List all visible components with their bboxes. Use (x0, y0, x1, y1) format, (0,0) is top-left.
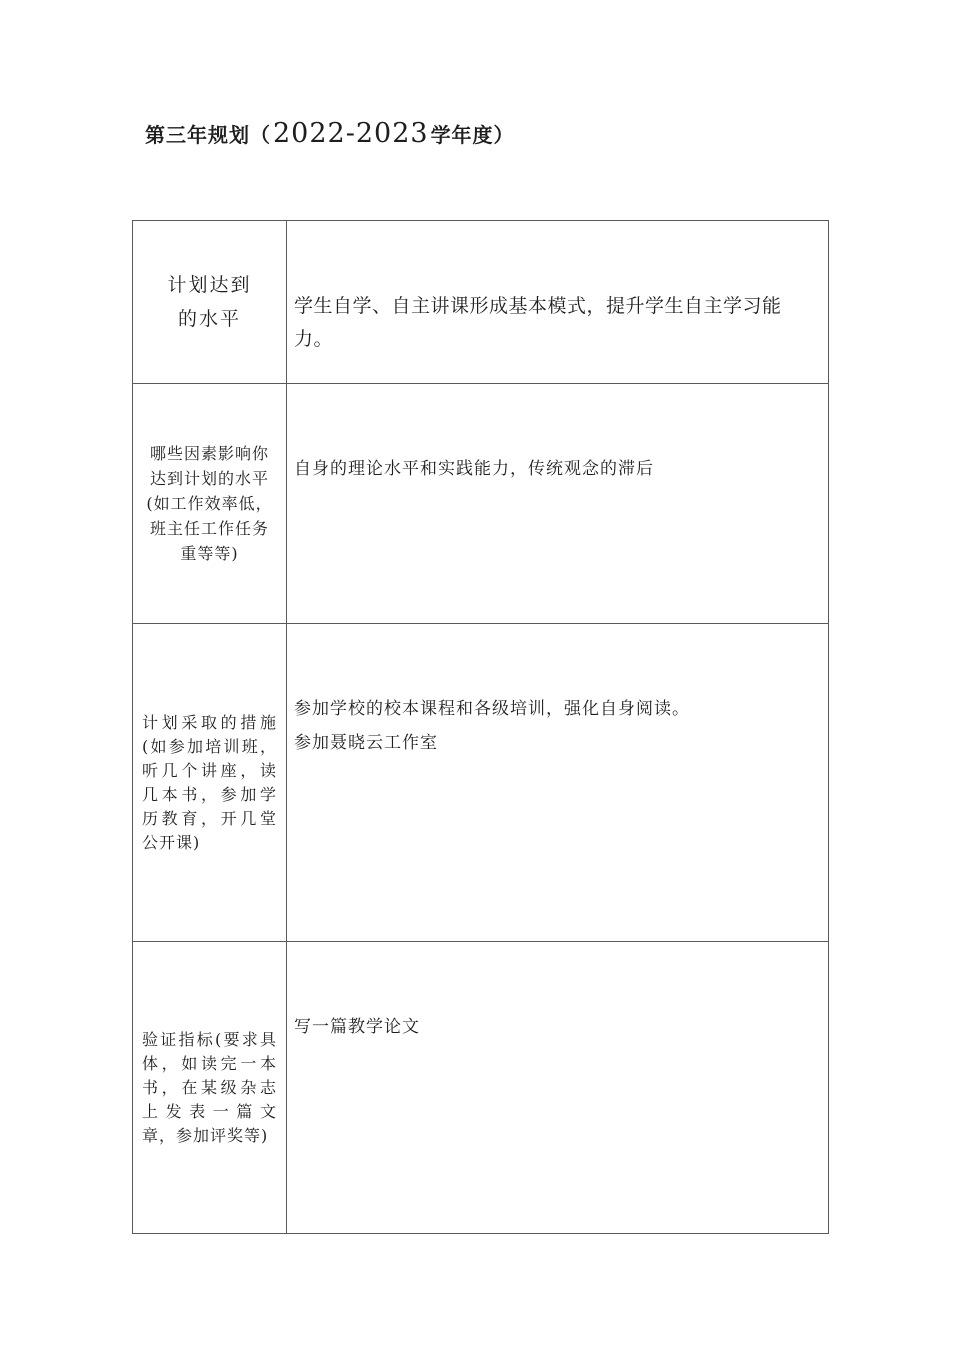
page-title-prefix: 第三年规划（ (145, 119, 271, 148)
row-content-cell: 参加学校的校本课程和各级培训，强化自身阅读。 参加聂晓云工作室 (287, 624, 829, 942)
row-content-cell: 自身的理论水平和实践能力，传统观念的滞后 (287, 384, 829, 624)
row-label-cell: 验证指标(要求具体，如读完一本书，在某级杂志上发表一篇文章，参加评奖等) (133, 942, 287, 1234)
document-page: 第三年规划（ 2022-2023 学年度） 计划达到 的水平 学生自学、自主讲课… (0, 0, 960, 1357)
row-label: 验证指标(要求具体，如读完一本书，在某级杂志上发表一篇文章，参加评奖等) (142, 1028, 277, 1148)
row-label: 哪些因素影响你达到计划的水平(如工作效率低，班主任工作任务重等等) (142, 441, 277, 566)
plan-table: 计划达到 的水平 学生自学、自主讲课形成基本模式，提升学生自主学习能力。 哪些因… (132, 220, 829, 1234)
content-paragraph: 自身的理论水平和实践能力，传统观念的滞后 (294, 453, 814, 485)
table-row-plan-level: 计划达到 的水平 学生自学、自主讲课形成基本模式，提升学生自主学习能力。 (133, 221, 829, 384)
row-content-cell: 学生自学、自主讲课形成基本模式，提升学生自主学习能力。 (287, 221, 829, 384)
row-label: 计划达到 的水平 (142, 268, 277, 336)
page-title-suffix: 学年度） (431, 119, 515, 148)
content-paragraph: 参加聂晓云工作室 (294, 727, 814, 759)
table-row-planned-measures: 计划采取的措施(如参加培训班，听几个讲座，读几本书，参加学历教育，开几堂公开课)… (133, 624, 829, 942)
page-title-years: 2022-2023 (271, 118, 431, 149)
content-paragraph: 参加学校的校本课程和各级培训，强化自身阅读。 (294, 693, 814, 725)
row-label-cell: 哪些因素影响你达到计划的水平(如工作效率低，班主任工作任务重等等) (133, 384, 287, 624)
row-label: 计划采取的措施(如参加培训班，听几个讲座，读几本书，参加学历教育，开几堂公开课) (142, 711, 277, 855)
row-label-cell: 计划达到 的水平 (133, 221, 287, 384)
table-row-verification-indicators: 验证指标(要求具体，如读完一本书，在某级杂志上发表一篇文章，参加评奖等) 写一篇… (133, 942, 829, 1234)
row-label-cell: 计划采取的措施(如参加培训班，听几个讲座，读几本书，参加学历教育，开几堂公开课) (133, 624, 287, 942)
content-paragraph: 写一篇教学论文 (294, 1011, 814, 1043)
content-paragraph: 学生自学、自主讲课形成基本模式，提升学生自主学习能力。 (294, 290, 814, 356)
table-row-influencing-factors: 哪些因素影响你达到计划的水平(如工作效率低，班主任工作任务重等等) 自身的理论水… (133, 384, 829, 624)
page-title: 第三年规划（ 2022-2023 学年度） (145, 118, 515, 149)
row-content-cell: 写一篇教学论文 (287, 942, 829, 1234)
